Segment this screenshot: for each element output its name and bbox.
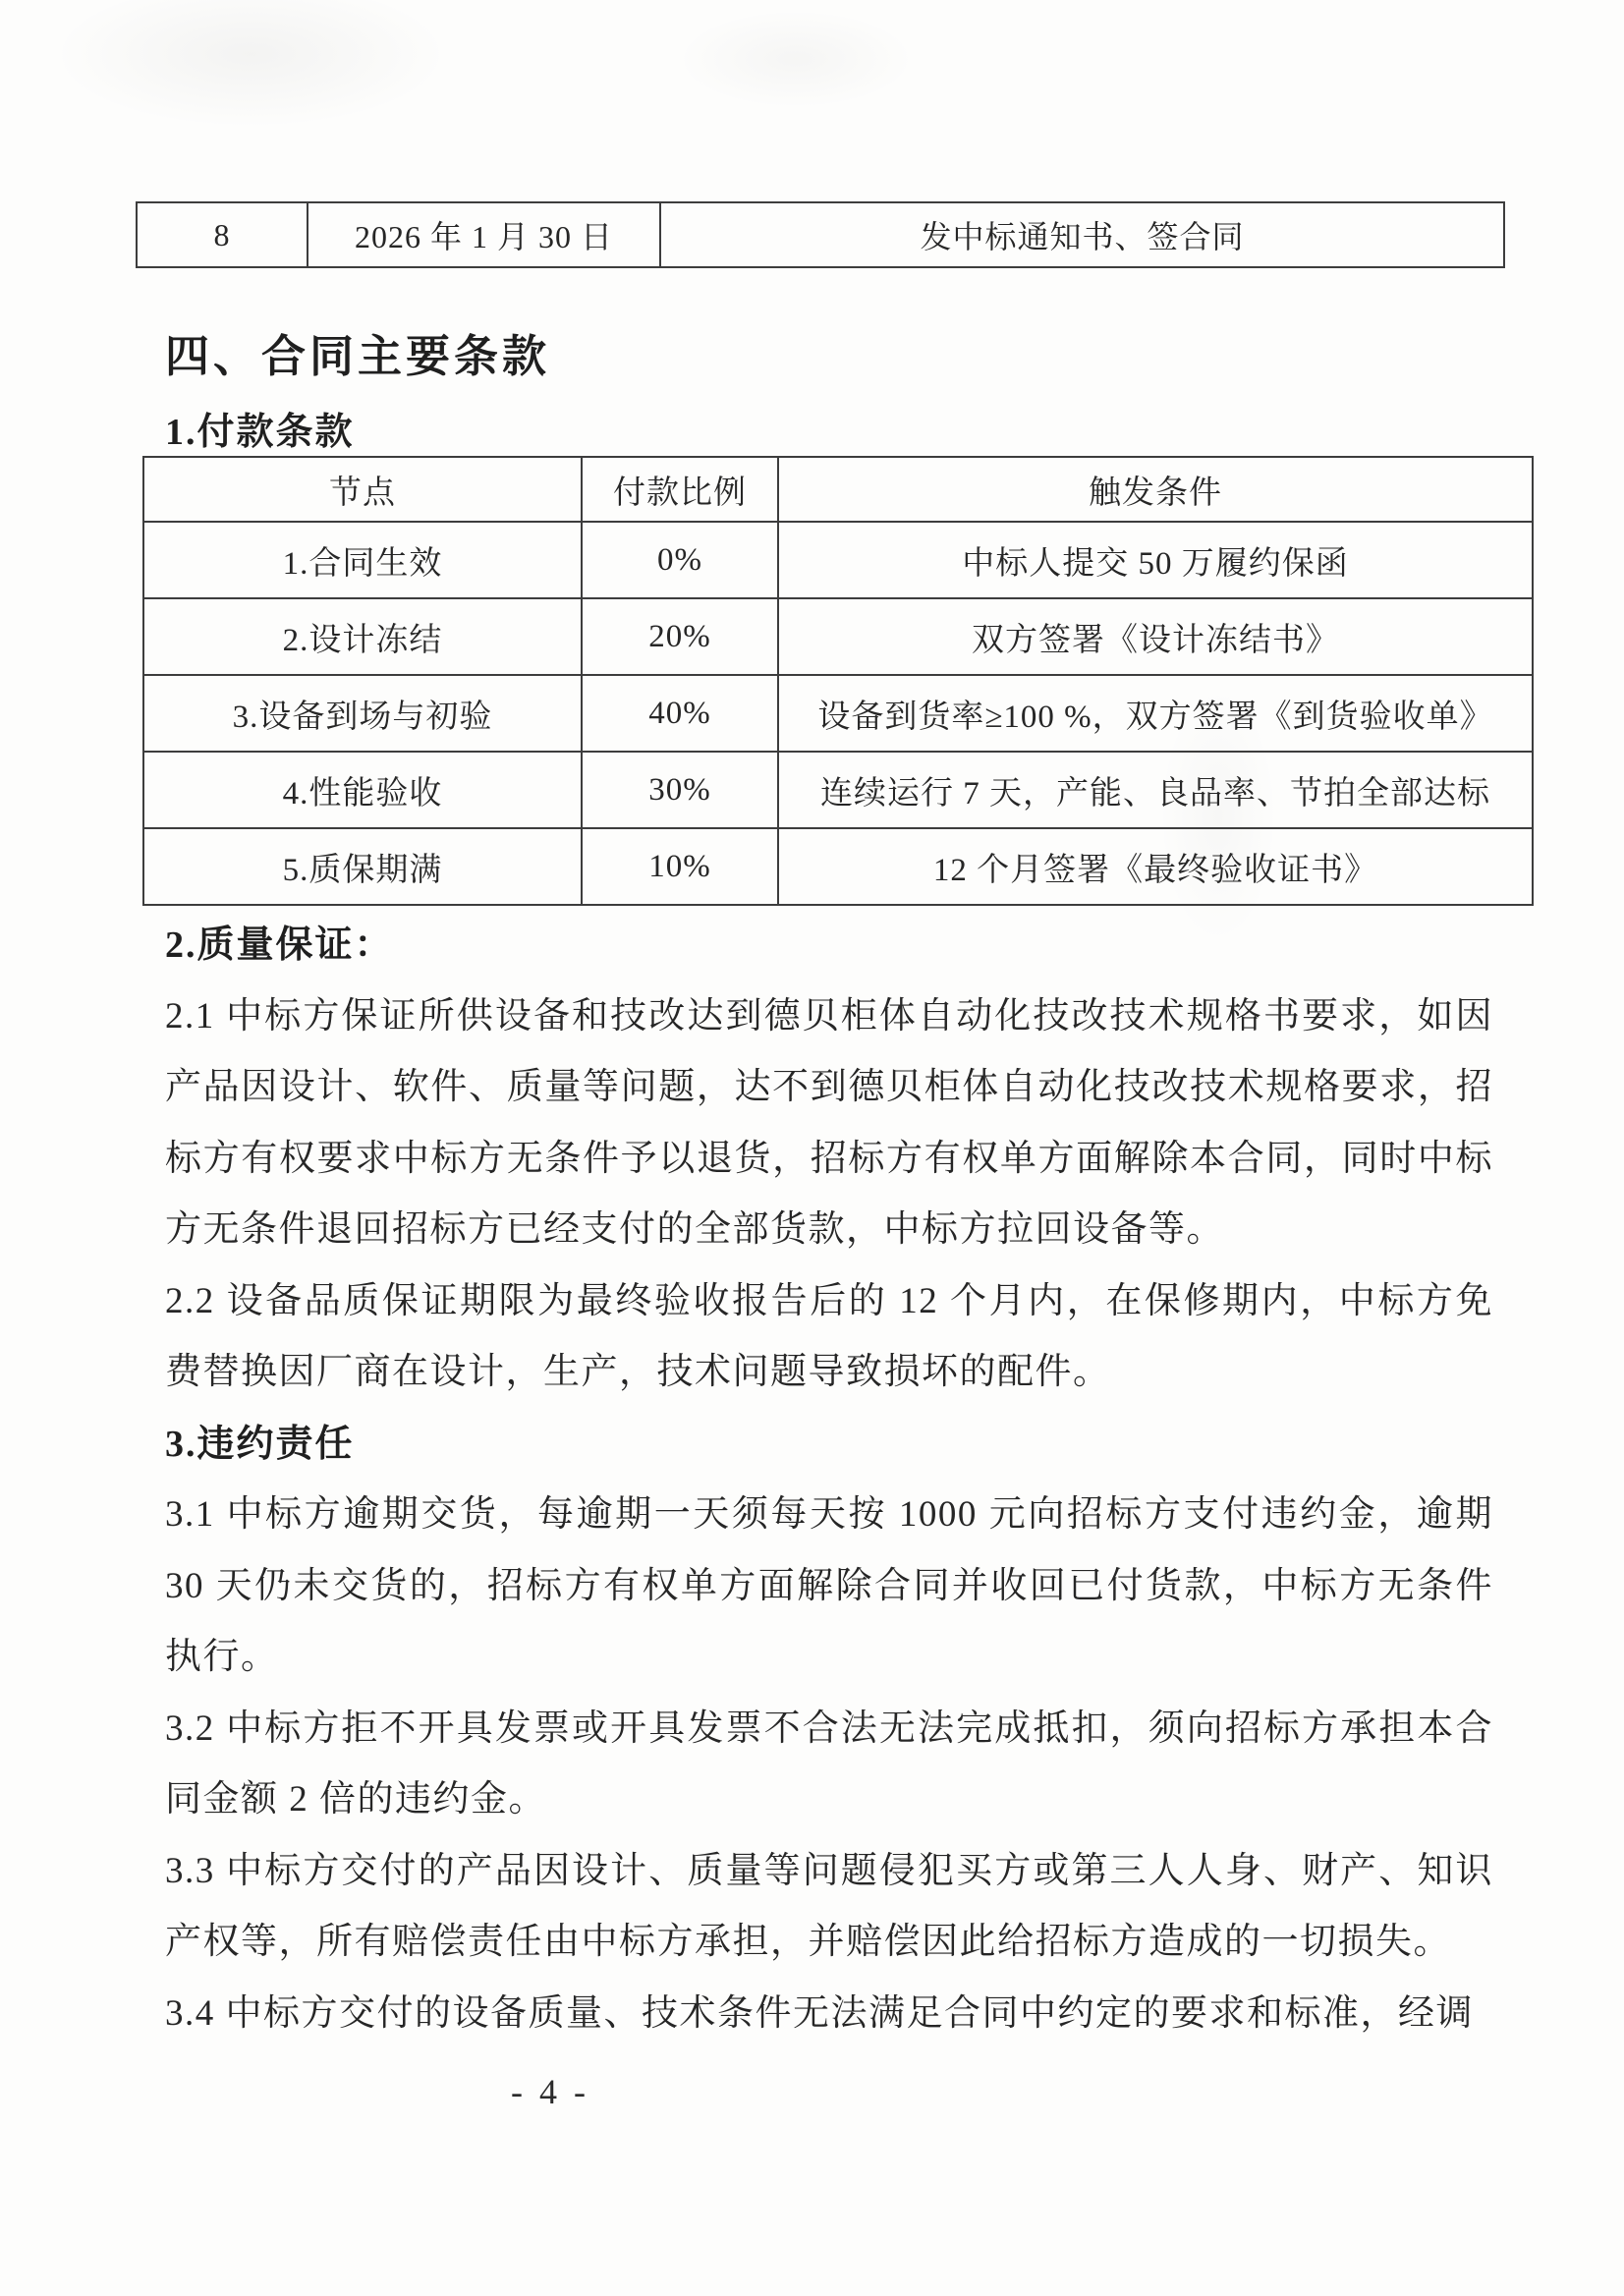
scan-artifact: [678, 10, 914, 108]
payment-node-cell: 3.设备到场与初验: [143, 675, 582, 752]
payment-table-row: 5.质保期满 10% 12 个月签署《最终验收证书》: [143, 828, 1533, 905]
payment-table-row: 2.设计冻结 20% 双方签署《设计冻结书》: [143, 598, 1533, 675]
clause-3-2: 3.2 中标方拒不开具发票或开具发票不合法无法完成抵扣，须向招标方承担本合同金额…: [165, 1694, 1493, 1836]
clause-2-2: 2.2 设备品质保证期限为最终验收报告后的 12 个月内，在保修期内，中标方免费…: [165, 1266, 1493, 1409]
payment-trigger-cell: 双方签署《设计冻结书》: [778, 598, 1533, 675]
quality-guarantee-heading: 2.质量保证：: [165, 910, 1493, 981]
payment-node-cell: 5.质保期满: [143, 828, 582, 905]
payment-ratio-cell: 10%: [582, 828, 778, 905]
payment-header-ratio: 付款比例: [582, 457, 778, 522]
payment-trigger-cell: 12 个月签署《最终验收证书》: [778, 828, 1533, 905]
payment-header-node: 节点: [143, 457, 582, 522]
scan-artifact: [54, 0, 447, 128]
breach-liability-heading: 3.违约责任: [165, 1409, 1493, 1481]
payment-trigger-cell: 连续运行 7 天，产能、良品率、节拍全部达标: [778, 752, 1533, 828]
clause-3-3: 3.3 中标方交付的产品因设计、质量等问题侵犯买方或第三人人身、财产、知识产权等…: [165, 1836, 1493, 1979]
payment-node-cell: 2.设计冻结: [143, 598, 582, 675]
schedule-row-activity: 发中标通知书、签合同: [660, 202, 1504, 267]
clause-3-4: 3.4 中标方交付的设备质量、技术条件无法满足合同中约定的要求和标准，经调: [165, 1979, 1493, 2050]
payment-trigger-cell: 设备到货率≥100 %，双方签署《到货验收单》: [778, 675, 1533, 752]
schedule-row-number: 8: [137, 202, 308, 267]
payment-table-row: 3.设备到场与初验 40% 设备到货率≥100 %，双方签署《到货验收单》: [143, 675, 1533, 752]
page-number: - 4 -: [452, 2071, 648, 2112]
payment-ratio-cell: 20%: [582, 598, 778, 675]
schedule-row-date: 2026 年 1 月 30 日: [308, 202, 660, 267]
clause-3-1: 3.1 中标方逾期交货，每逾期一天须每天按 1000 元向招标方支付违约金，逾期…: [165, 1480, 1493, 1694]
document-page: 8 2026 年 1 月 30 日 发中标通知书、签合同 四、合同主要条款 1.…: [0, 0, 1624, 2296]
payment-trigger-cell: 中标人提交 50 万履约保函: [778, 522, 1533, 598]
schedule-table-row: 8 2026 年 1 月 30 日 发中标通知书、签合同: [137, 202, 1504, 267]
contract-clauses: 2.质量保证： 2.1 中标方保证所供设备和技改达到德贝柜体自动化技改技术规格书…: [165, 910, 1493, 2049]
payment-table-row: 1.合同生效 0% 中标人提交 50 万履约保函: [143, 522, 1533, 598]
payment-ratio-cell: 0%: [582, 522, 778, 598]
clause-2-1: 2.1 中标方保证所供设备和技改达到德贝柜体自动化技改技术规格书要求，如因产品因…: [165, 981, 1493, 1266]
schedule-table-fragment: 8 2026 年 1 月 30 日 发中标通知书、签合同: [136, 201, 1505, 268]
payment-node-cell: 1.合同生效: [143, 522, 582, 598]
payment-table-header-row: 节点 付款比例 触发条件: [143, 457, 1533, 522]
payment-ratio-cell: 40%: [582, 675, 778, 752]
payment-ratio-cell: 30%: [582, 752, 778, 828]
payment-terms-table: 节点 付款比例 触发条件 1.合同生效 0% 中标人提交 50 万履约保函 2.…: [142, 456, 1534, 906]
payment-table-row: 4.性能验收 30% 连续运行 7 天，产能、良品率、节拍全部达标: [143, 752, 1533, 828]
payment-header-trigger: 触发条件: [778, 457, 1533, 522]
payment-terms-heading: 1.付款条款: [165, 401, 355, 455]
section-heading: 四、合同主要条款: [165, 320, 550, 384]
payment-node-cell: 4.性能验收: [143, 752, 582, 828]
